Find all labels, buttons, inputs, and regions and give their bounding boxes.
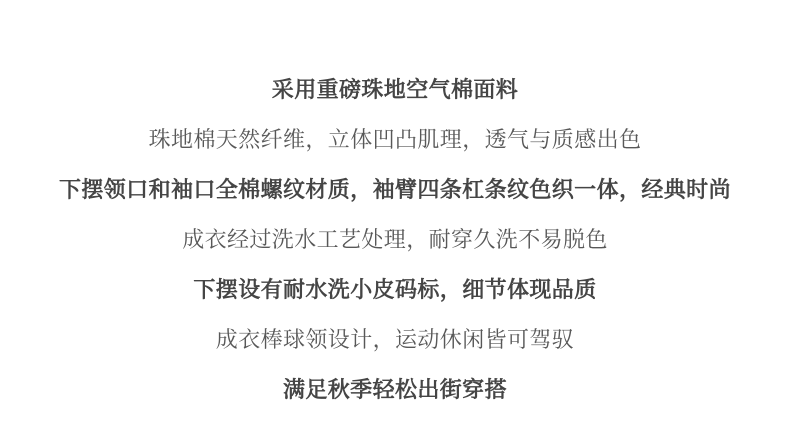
description-line-autumn: 满足秋季轻松出街穿搭: [0, 365, 790, 415]
product-description-section: 采用重磅珠地空气棉面料 珠地棉天然纤维，立体凹凸肌理，透气与质感出色 下摆领口和…: [0, 0, 790, 415]
description-line-ribbing: 下摆领口和袖口全棉螺纹材质，袖臂四条杠条纹色织一体，经典时尚: [0, 165, 790, 215]
description-line-collar: 成衣棒球领设计，运动休闲皆可驾驭: [0, 315, 790, 365]
description-line-fiber: 珠地棉天然纤维，立体凹凸肌理，透气与质感出色: [0, 115, 790, 165]
description-line-size-label: 下摆设有耐水洗小皮码标，细节体现品质: [0, 265, 790, 315]
description-line-washed: 成衣经过洗水工艺处理，耐穿久洗不易脱色: [0, 215, 790, 265]
description-line-fabric-title: 采用重磅珠地空气棉面料: [0, 65, 790, 115]
